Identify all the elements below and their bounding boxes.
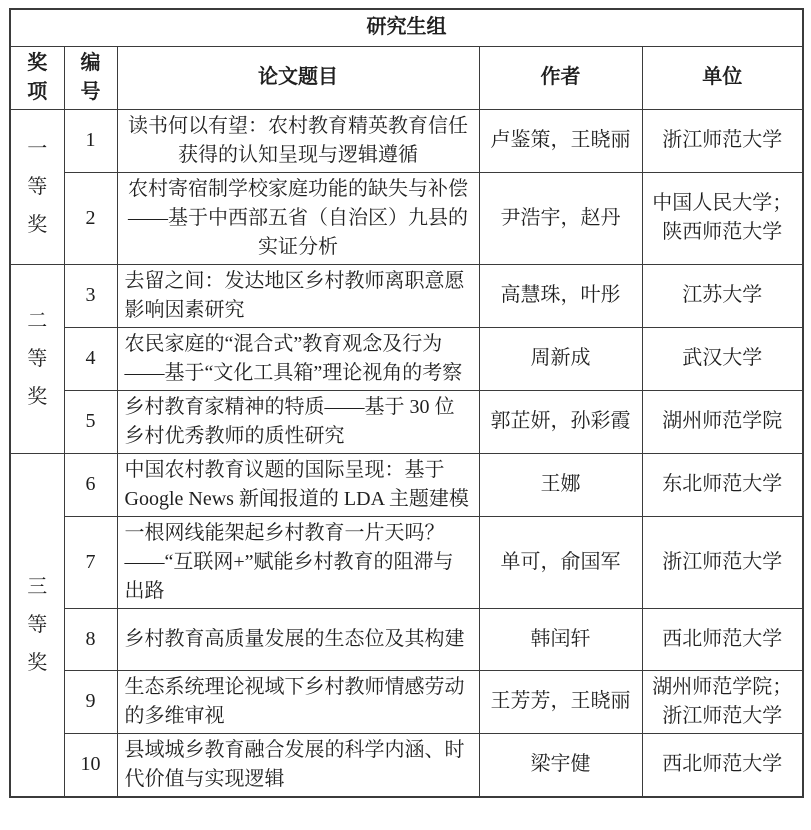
entry-number-cell: 2 [64, 172, 117, 264]
award-group-label: 二 等 奖 [26, 302, 48, 416]
entry-number-cell: 5 [64, 390, 117, 453]
table-row: 2农村寄宿制学校家庭功能的缺失与补偿——基于中西部五省（自治区）九县的实证分析尹… [10, 172, 803, 264]
column-header-authors: 作者 [479, 46, 642, 109]
award-group-cell: 三 等 奖 [10, 453, 64, 797]
affiliation-cell: 湖州师范学院； 浙江师范大学 [642, 670, 803, 733]
entry-number-cell: 1 [64, 109, 117, 172]
awards-table: 研究生组 奖项 编号 论文题目 作者 单位 一 等 奖1读书何以有望：农村教育精… [9, 8, 804, 798]
authors-cell: 韩闰轩 [479, 608, 642, 670]
column-header-row: 奖项 编号 论文题目 作者 单位 [10, 46, 803, 109]
entry-number-cell: 4 [64, 327, 117, 390]
table-row: 9生态系统理论视域下乡村教师情感劳动的多维审视王芳芳，王晓丽湖州师范学院； 浙江… [10, 670, 803, 733]
affiliation-cell: 西北师范大学 [642, 733, 803, 797]
table-body: 一 等 奖1读书何以有望：农村教育精英教育信任获得的认知呈现与逻辑遵循卢鉴策，王… [10, 109, 803, 797]
award-group-label: 一 等 奖 [26, 130, 48, 244]
paper-title-cell: 乡村教育家精神的特质——基于 30 位乡村优秀教师的质性研究 [117, 390, 479, 453]
authors-cell: 尹浩宇，赵丹 [479, 172, 642, 264]
paper-title-cell: 乡村教育高质量发展的生态位及其构建 [117, 608, 479, 670]
authors-cell: 高慧珠，叶彤 [479, 264, 642, 327]
affiliation-cell: 中国人民大学； 陕西师范大学 [642, 172, 803, 264]
entry-number-cell: 9 [64, 670, 117, 733]
affiliation-cell: 西北师范大学 [642, 608, 803, 670]
table-row: 三 等 奖6中国农村教育议题的国际呈现：基于Google News 新闻报道的 … [10, 453, 803, 516]
affiliation-cell: 江苏大学 [642, 264, 803, 327]
entry-number-cell: 10 [64, 733, 117, 797]
authors-cell: 周新成 [479, 327, 642, 390]
group-title-row: 研究生组 [10, 9, 803, 46]
affiliation-cell: 浙江师范大学 [642, 516, 803, 608]
affiliation-cell: 湖州师范学院 [642, 390, 803, 453]
table-row: 一 等 奖1读书何以有望：农村教育精英教育信任获得的认知呈现与逻辑遵循卢鉴策，王… [10, 109, 803, 172]
award-group-label: 三 等 奖 [26, 568, 48, 682]
award-group-cell: 二 等 奖 [10, 264, 64, 453]
table-row: 7一根网线能架起乡村教育一片天吗？——“互联网+”赋能乡村教育的阻滞与出路单可，… [10, 516, 803, 608]
entry-number-cell: 3 [64, 264, 117, 327]
column-header-affiliation: 单位 [642, 46, 803, 109]
affiliation-cell: 浙江师范大学 [642, 109, 803, 172]
authors-cell: 单可，俞国军 [479, 516, 642, 608]
entry-number-cell: 7 [64, 516, 117, 608]
page: 研究生组 奖项 编号 论文题目 作者 单位 一 等 奖1读书何以有望：农村教育精… [0, 0, 811, 806]
table-row: 4农民家庭的“混合式”教育观念及行为——基于“文化工具箱”理论视角的考察周新成武… [10, 327, 803, 390]
table-row: 5乡村教育家精神的特质——基于 30 位乡村优秀教师的质性研究郭芷妍，孙彩霞湖州… [10, 390, 803, 453]
affiliation-cell: 东北师范大学 [642, 453, 803, 516]
paper-title-cell: 生态系统理论视域下乡村教师情感劳动的多维审视 [117, 670, 479, 733]
table-row: 二 等 奖3去留之间：发达地区乡村教师离职意愿影响因素研究高慧珠，叶彤江苏大学 [10, 264, 803, 327]
paper-title-cell: 中国农村教育议题的国际呈现：基于Google News 新闻报道的 LDA 主题… [117, 453, 479, 516]
entry-number-cell: 8 [64, 608, 117, 670]
award-group-cell: 一 等 奖 [10, 109, 64, 264]
paper-title-cell: 农民家庭的“混合式”教育观念及行为——基于“文化工具箱”理论视角的考察 [117, 327, 479, 390]
affiliation-cell: 武汉大学 [642, 327, 803, 390]
entry-number-cell: 6 [64, 453, 117, 516]
column-header-award: 奖项 [10, 46, 64, 109]
paper-title-cell: 去留之间：发达地区乡村教师离职意愿影响因素研究 [117, 264, 479, 327]
column-header-number: 编号 [64, 46, 117, 109]
paper-title-cell: 县域城乡教育融合发展的科学内涵、时代价值与实现逻辑 [117, 733, 479, 797]
column-header-award-label: 奖项 [26, 49, 48, 107]
table-row: 8乡村教育高质量发展的生态位及其构建韩闰轩西北师范大学 [10, 608, 803, 670]
table-group-title: 研究生组 [10, 9, 803, 46]
authors-cell: 王娜 [479, 453, 642, 516]
table-row: 10县域城乡教育融合发展的科学内涵、时代价值与实现逻辑梁宇健西北师范大学 [10, 733, 803, 797]
authors-cell: 王芳芳，王晓丽 [479, 670, 642, 733]
column-header-title: 论文题目 [117, 46, 479, 109]
authors-cell: 梁宇健 [479, 733, 642, 797]
paper-title-cell: 读书何以有望：农村教育精英教育信任获得的认知呈现与逻辑遵循 [117, 109, 479, 172]
paper-title-cell: 农村寄宿制学校家庭功能的缺失与补偿——基于中西部五省（自治区）九县的实证分析 [117, 172, 479, 264]
paper-title-cell: 一根网线能架起乡村教育一片天吗？——“互联网+”赋能乡村教育的阻滞与出路 [117, 516, 479, 608]
column-header-number-label: 编号 [80, 49, 102, 107]
authors-cell: 卢鉴策，王晓丽 [479, 109, 642, 172]
authors-cell: 郭芷妍，孙彩霞 [479, 390, 642, 453]
